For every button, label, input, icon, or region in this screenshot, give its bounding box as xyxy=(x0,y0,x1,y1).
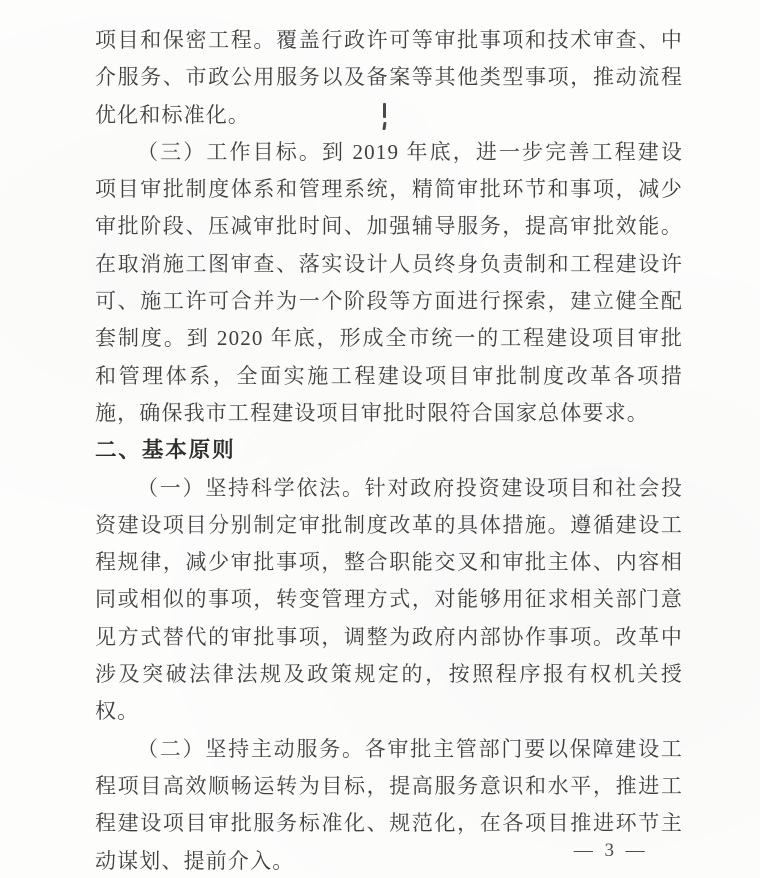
section-heading-basic-principles: 二、基本原则 xyxy=(95,432,683,469)
document-page: 项目和保密工程。覆盖行政许可等审批事项和技术审查、中介服务、市政公用服务以及备案… xyxy=(0,0,760,878)
document-text-block: 项目和保密工程。覆盖行政许可等审批事项和技术审查、中介服务、市政公用服务以及备案… xyxy=(95,22,683,878)
scan-artifact-segment xyxy=(383,103,386,118)
page-number: — 3 — xyxy=(574,840,648,862)
scan-artifact-segment xyxy=(382,122,386,130)
scan-artifact-vertical-mark xyxy=(383,103,386,130)
paragraph-continuation: 项目和保密工程。覆盖行政许可等审批事项和技术审查、中介服务、市政公用服务以及备案… xyxy=(95,22,683,134)
paragraph-principle-one: （一）坚持科学依法。针对政府投资建设项目和社会投资建设项目分别制定审批制度改革的… xyxy=(95,470,683,731)
paragraph-work-goals: （三）工作目标。到 2019 年底，进一步完善工程建设项目审批制度体系和管理系统… xyxy=(95,134,683,432)
